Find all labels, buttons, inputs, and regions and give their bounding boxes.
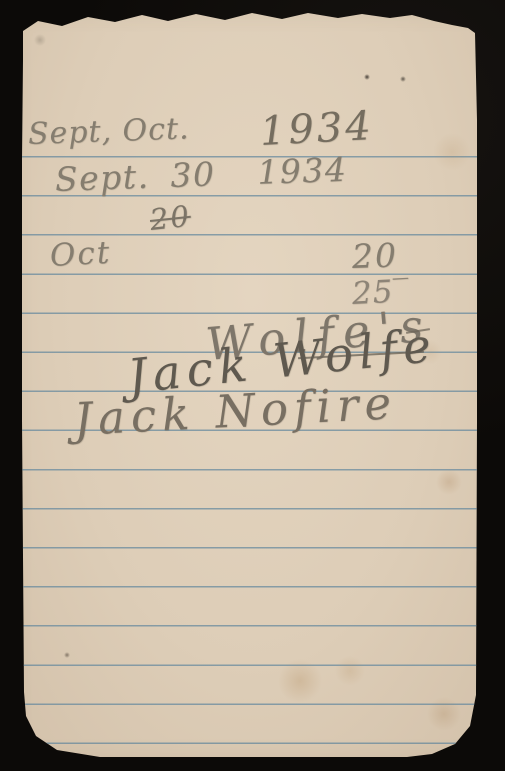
handwriting-sept-oct: Sept, Oct.	[27, 114, 190, 150]
handwriting-20-crossed-out: 20	[148, 202, 192, 235]
note-paper: Sept, Oct. 1934 Sept. 30 1934 20 Oct 20 …	[0, 0, 505, 771]
handwriting-sept-30-1934: Sept. 30 1934	[54, 153, 347, 196]
handwriting-20: 20	[351, 238, 398, 273]
photo-backdrop: Sept, Oct. 1934 Sept. 30 1934 20 Oct 20 …	[0, 0, 505, 771]
handwriting-year-1934: 1934	[259, 106, 375, 152]
handwriting-oct: Oct	[49, 238, 112, 272]
